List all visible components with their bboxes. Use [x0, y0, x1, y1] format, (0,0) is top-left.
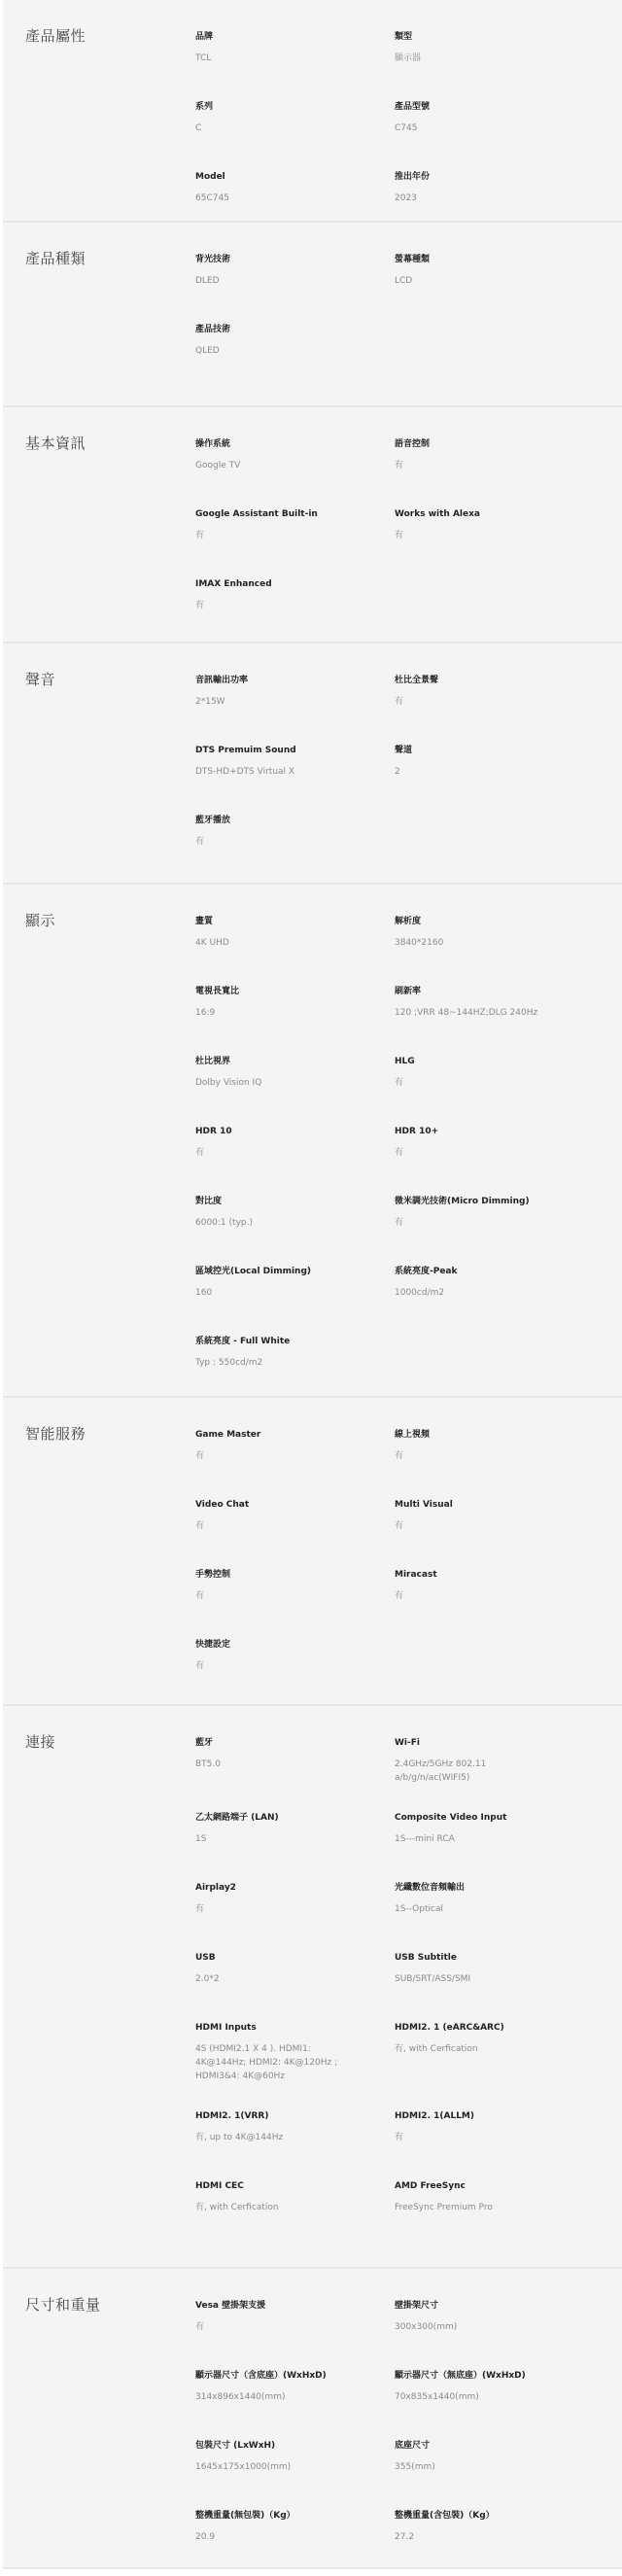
spec-value: 有, with Cerfication: [195, 2201, 341, 2214]
spec-value: 有: [395, 459, 540, 472]
spec-item: 系列C: [195, 97, 395, 167]
spec-value: Typ : 550cd/m2: [195, 1356, 341, 1370]
section-product-type: 產品種類 背光技術DLED 螢幕種類LCD 產品技術QLED: [3, 223, 622, 407]
spec-label: Video Chat: [195, 1498, 395, 1512]
spec-value: 有: [395, 1146, 540, 1160]
spec-label: 藍牙: [195, 1736, 395, 1750]
spec-label: 杜比全景聲: [395, 674, 604, 687]
spec-label: 手勢控制: [195, 1568, 395, 1582]
spec-grid: Game Master有 線上視頻有 Video Chat有 Multi Vis…: [195, 1425, 604, 1704]
spec-item: 整機重量(含包裝)（Kg）27.2: [395, 2506, 604, 2576]
spec-label: HDMI2. 1(ALLM): [395, 2109, 604, 2123]
spec-label: HDR 10: [195, 1125, 395, 1138]
spec-value: 有: [195, 1146, 341, 1160]
spec-item: 對比度6000:1 (typ.): [195, 1192, 395, 1262]
spec-grid: Vesa 壁掛架支援有 壁掛架尺寸300x300(mm) 顯示器尺寸（含底座）(…: [195, 2296, 604, 2567]
spec-value: 有: [195, 835, 341, 849]
spec-label: 品牌: [195, 30, 395, 44]
spec-label: Works with Alexa: [395, 507, 604, 521]
spec-value: 有: [395, 1589, 540, 1603]
spec-label: 刷新率: [395, 985, 604, 998]
spec-label: DTS Premuim Sound: [195, 744, 395, 757]
spec-label: 聲道: [395, 744, 604, 757]
spec-value: 顯示器: [395, 52, 540, 65]
spec-value: 有: [195, 1519, 341, 1533]
spec-item: 杜比視界Dolby Vision IQ: [195, 1052, 395, 1122]
spec-label: 整機重量(含包裝)（Kg）: [395, 2509, 604, 2523]
spec-item: USB2.0*2: [195, 1948, 395, 2018]
spec-label: Composite Video Input: [395, 1811, 604, 1825]
spec-value: 有: [395, 695, 540, 709]
spec-value: 70x835x1440(mm): [395, 2390, 540, 2404]
section-title: 連接: [3, 1733, 195, 2267]
spec-value: 有: [195, 1449, 341, 1463]
spec-item: 區域控光(Local Dimming)160: [195, 1262, 395, 1332]
section-basic-info: 基本資訊 操作系統Google TV 語音控制有 Google Assistan…: [3, 407, 622, 644]
spec-grid: 品牌TCL 類型顯示器 系列C 產品型號C745 Model65C745 推出年…: [195, 27, 604, 221]
spec-label: 類型: [395, 30, 604, 44]
spec-item: 壁掛架尺寸300x300(mm): [395, 2296, 604, 2366]
spec-value: 65C745: [195, 191, 341, 205]
spec-item: HDMI2. 1(ALLM)有: [395, 2106, 604, 2176]
spec-grid: 背光技術DLED 螢幕種類LCD 產品技術QLED: [195, 250, 604, 405]
spec-item: 電視長寬比16:9: [195, 982, 395, 1052]
spec-item: HDMI Inputs4S (HDMI2.1 X 4 ). HDMI1: 4K@…: [195, 2018, 395, 2106]
spec-value: FreeSync Premium Pro: [395, 2201, 540, 2214]
spec-label: Multi Visual: [395, 1498, 604, 1512]
spec-item: 背光技術DLED: [195, 250, 395, 320]
spec-label: 區域控光(Local Dimming): [195, 1265, 395, 1278]
spec-item: Google Assistant Built-in有: [195, 505, 395, 574]
spec-value: LCD: [395, 274, 540, 288]
spec-item: HDMI CEC有, with Cerfication: [195, 2176, 395, 2246]
spec-value: DTS-HD+DTS Virtual X: [195, 765, 341, 779]
spec-label: 產品技術: [195, 323, 395, 336]
section-audio: 聲音 音訊輸出功率2*15W 杜比全景聲有 DTS Premuim SoundD…: [3, 644, 622, 885]
spec-item: HDMI2. 1 (eARC&ARC)有, with Cerfication: [395, 2018, 604, 2106]
spec-item: Vesa 壁掛架支援有: [195, 2296, 395, 2366]
spec-item: HDMI2. 1(VRR)有, up to 4K@144Hz: [195, 2106, 395, 2176]
spec-item: 底座尺寸355(mm): [395, 2436, 604, 2506]
spec-label: 顯示器尺寸（含底座）(WxHxD): [195, 2369, 395, 2383]
section-smart-services: 智能服務 Game Master有 線上視頻有 Video Chat有 Mult…: [3, 1398, 622, 1706]
spec-value: C745: [395, 122, 540, 135]
spec-item: Game Master有: [195, 1425, 395, 1495]
spec-value: 有: [395, 2131, 540, 2144]
spec-page: 產品屬性 品牌TCL 類型顯示器 系列C 產品型號C745 Model65C74…: [3, 0, 622, 2569]
spec-item: Composite Video Input1S---mini RCA: [395, 1808, 604, 1878]
spec-label: 操作系統: [195, 437, 395, 451]
spec-label: 包裝尺寸 (LxWxH): [195, 2439, 395, 2453]
spec-label: 螢幕種類: [395, 253, 604, 266]
spec-value: 有, up to 4K@144Hz: [195, 2131, 341, 2144]
spec-label: 產品型號: [395, 100, 604, 114]
spec-value: 160: [195, 1286, 341, 1300]
spec-label: Miracast: [395, 1568, 604, 1582]
spec-item: 系統亮度-Peak1000cd/m2: [395, 1262, 604, 1332]
spec-value: Dolby Vision IQ: [195, 1076, 341, 1090]
spec-item: 微米調光技術(Micro Dimming)有: [395, 1192, 604, 1262]
spec-item: 產品型號C745: [395, 97, 604, 167]
section-dimensions-weight: 尺寸和重量 Vesa 壁掛架支援有 壁掛架尺寸300x300(mm) 顯示器尺寸…: [3, 2269, 622, 2569]
spec-item: AMD FreeSyncFreeSync Premium Pro: [395, 2176, 604, 2246]
spec-label: 系統亮度 - Full White: [195, 1335, 395, 1348]
spec-item: 包裝尺寸 (LxWxH)1645x175x1000(mm): [195, 2436, 395, 2506]
spec-item: HDR 10+有: [395, 1122, 604, 1192]
spec-label: 微米調光技術(Micro Dimming): [395, 1195, 604, 1208]
spec-label: Vesa 壁掛架支援: [195, 2299, 395, 2313]
spec-item: Miracast有: [395, 1565, 604, 1635]
spec-label: Game Master: [195, 1428, 395, 1442]
section-product-attributes: 產品屬性 品牌TCL 類型顯示器 系列C 產品型號C745 Model65C74…: [3, 0, 622, 223]
spec-value: 16:9: [195, 1006, 341, 1020]
spec-value: 355(mm): [395, 2460, 540, 2474]
spec-label: 電視長寬比: [195, 985, 395, 998]
spec-value: 1S: [195, 1832, 341, 1846]
spec-value: 有, with Cerfication: [395, 2042, 540, 2056]
spec-item: 光纖數位音頻輸出1S--Optical: [395, 1878, 604, 1948]
spec-value: 300x300(mm): [395, 2320, 540, 2334]
spec-label: AMD FreeSync: [395, 2179, 604, 2193]
spec-value: 有: [395, 1449, 540, 1463]
spec-label: HDMI CEC: [195, 2179, 395, 2193]
section-title: 顯示: [3, 912, 195, 1396]
spec-label: USB: [195, 1951, 395, 1965]
spec-value: 2023: [395, 191, 540, 205]
spec-value: QLED: [195, 344, 341, 358]
spec-label: 整機重量(無包裝)（Kg）: [195, 2509, 395, 2523]
spec-label: 解析度: [395, 915, 604, 928]
section-title: 產品種類: [3, 250, 195, 405]
spec-value: 20.9: [195, 2530, 341, 2544]
spec-label: 語音控制: [395, 437, 604, 451]
spec-value: BT5.0: [195, 1758, 341, 1771]
spec-value: 27.2: [395, 2530, 540, 2544]
spec-item: 整機重量(無包裝)（Kg）20.9: [195, 2506, 395, 2576]
spec-value: 有: [195, 1589, 341, 1603]
spec-item: 線上視頻有: [395, 1425, 604, 1495]
spec-label: HDMI2. 1(VRR): [195, 2109, 395, 2123]
section-title: 尺寸和重量: [3, 2296, 195, 2567]
spec-value: 3840*2160: [395, 936, 540, 950]
spec-grid: 操作系統Google TV 語音控制有 Google Assistant Bui…: [195, 435, 604, 642]
spec-item: 快捷設定有: [195, 1635, 395, 1705]
spec-item: USB SubtitleSUB/SRT/ASS/SMI: [395, 1948, 604, 2018]
spec-value: 2.4GHz/5GHz 802.11 a/b/g/n/ac(WIFI5): [395, 1758, 492, 1785]
spec-label: 對比度: [195, 1195, 395, 1208]
spec-item: 語音控制有: [395, 435, 604, 505]
spec-label: 背光技術: [195, 253, 395, 266]
spec-value: 314x896x1440(mm): [195, 2390, 341, 2404]
spec-value: 1S--Optical: [395, 1902, 540, 1916]
spec-label: 系列: [195, 100, 395, 114]
spec-value: 1645x175x1000(mm): [195, 2460, 341, 2474]
spec-item: 操作系統Google TV: [195, 435, 395, 505]
spec-label: Google Assistant Built-in: [195, 507, 395, 521]
spec-label: USB Subtitle: [395, 1951, 604, 1965]
spec-value: 有: [395, 1519, 540, 1533]
spec-value: 1S---mini RCA: [395, 1832, 540, 1846]
spec-item: HLG有: [395, 1052, 604, 1122]
spec-item: 藍牙BT5.0: [195, 1733, 395, 1808]
spec-item: 品牌TCL: [195, 27, 395, 97]
spec-value: 有: [395, 529, 540, 542]
spec-item: IMAX Enhanced有: [195, 574, 395, 644]
spec-item: 顯示器尺寸（無底座）(WxHxD)70x835x1440(mm): [395, 2366, 604, 2436]
spec-item: Video Chat有: [195, 1495, 395, 1565]
spec-label: 畫質: [195, 915, 395, 928]
spec-item: 畫質4K UHD: [195, 912, 395, 982]
spec-item: HDR 10有: [195, 1122, 395, 1192]
spec-label: HDMI Inputs: [195, 2021, 395, 2035]
spec-label: Wi-Fi: [395, 1736, 604, 1750]
spec-value: 4S (HDMI2.1 X 4 ). HDMI1: 4K@144Hz; HDMI…: [195, 2042, 341, 2083]
spec-label: 系統亮度-Peak: [395, 1265, 604, 1278]
spec-item: Airplay2有: [195, 1878, 395, 1948]
spec-value: 有: [195, 2320, 341, 2334]
spec-label: 音訊輸出功率: [195, 674, 395, 687]
spec-value: 有: [395, 1076, 540, 1090]
spec-item: Works with Alexa有: [395, 505, 604, 574]
section-display: 顯示 畫質4K UHD 解析度3840*2160 電視長寬比16:9 刷新率12…: [3, 885, 622, 1398]
spec-label: 顯示器尺寸（無底座）(WxHxD): [395, 2369, 604, 2383]
spec-item: 解析度3840*2160: [395, 912, 604, 982]
section-title: 智能服務: [3, 1425, 195, 1704]
spec-item: 藍牙播放有: [195, 811, 395, 881]
spec-label: 壁掛架尺寸: [395, 2299, 604, 2313]
spec-value: 有: [195, 599, 341, 612]
spec-value: DLED: [195, 274, 341, 288]
section-title: 基本資訊: [3, 435, 195, 642]
spec-value: 有: [395, 1216, 540, 1230]
spec-label: HLG: [395, 1055, 604, 1068]
spec-label: 乙太網路端子 (LAN): [195, 1811, 395, 1825]
spec-item: 乙太網路端子 (LAN)1S: [195, 1808, 395, 1878]
spec-value: 120 ;VRR 48~144HZ;DLG 240Hz: [395, 1006, 604, 1020]
spec-label: Model: [195, 170, 395, 184]
spec-label: 快捷設定: [195, 1638, 395, 1652]
spec-label: Airplay2: [195, 1881, 395, 1895]
spec-item: Wi-Fi2.4GHz/5GHz 802.11 a/b/g/n/ac(WIFI5…: [395, 1733, 604, 1808]
spec-value: 有: [195, 529, 341, 542]
spec-label: 光纖數位音頻輸出: [395, 1881, 604, 1895]
spec-item: Multi Visual有: [395, 1495, 604, 1565]
spec-grid: 音訊輸出功率2*15W 杜比全景聲有 DTS Premuim SoundDTS-…: [195, 671, 604, 883]
spec-label: IMAX Enhanced: [195, 577, 395, 591]
spec-item: DTS Premuim SoundDTS-HD+DTS Virtual X: [195, 741, 395, 811]
spec-label: 藍牙播放: [195, 814, 395, 827]
section-connectivity: 連接 藍牙BT5.0 Wi-Fi2.4GHz/5GHz 802.11 a/b/g…: [3, 1706, 622, 2269]
spec-value: C: [195, 122, 341, 135]
spec-value: 1000cd/m2: [395, 1286, 540, 1300]
spec-label: 線上視頻: [395, 1428, 604, 1442]
spec-grid: 畫質4K UHD 解析度3840*2160 電視長寬比16:9 刷新率120 ;…: [195, 912, 604, 1396]
spec-label: HDMI2. 1 (eARC&ARC): [395, 2021, 604, 2035]
spec-label: 底座尺寸: [395, 2439, 604, 2453]
spec-value: 2.0*2: [195, 1972, 341, 1986]
spec-item: 手勢控制有: [195, 1565, 395, 1635]
spec-value: SUB/SRT/ASS/SMI: [395, 1972, 540, 1986]
spec-value: 有: [195, 1902, 341, 1916]
spec-item: 杜比全景聲有: [395, 671, 604, 741]
spec-value: 2*15W: [195, 695, 341, 709]
spec-value: TCL: [195, 52, 341, 65]
spec-value: 6000:1 (typ.): [195, 1216, 341, 1230]
spec-value: Google TV: [195, 459, 341, 472]
spec-label: HDR 10+: [395, 1125, 604, 1138]
spec-grid: 藍牙BT5.0 Wi-Fi2.4GHz/5GHz 802.11 a/b/g/n/…: [195, 1733, 604, 2267]
spec-item: 系統亮度 - Full WhiteTyp : 550cd/m2: [195, 1332, 395, 1402]
spec-item: 顯示器尺寸（含底座）(WxHxD)314x896x1440(mm): [195, 2366, 395, 2436]
spec-item: 類型顯示器: [395, 27, 604, 97]
spec-item: 聲道2: [395, 741, 604, 811]
section-title: 產品屬性: [3, 27, 195, 221]
spec-item: 螢幕種類LCD: [395, 250, 604, 320]
section-title: 聲音: [3, 671, 195, 883]
spec-item: 音訊輸出功率2*15W: [195, 671, 395, 741]
spec-label: 推出年份: [395, 170, 604, 184]
spec-item: 產品技術QLED: [195, 320, 395, 390]
spec-label: 杜比視界: [195, 1055, 395, 1068]
spec-value: 有: [195, 1659, 341, 1673]
spec-item: 刷新率120 ;VRR 48~144HZ;DLG 240Hz: [395, 982, 604, 1052]
spec-value: 2: [395, 765, 540, 779]
spec-value: 4K UHD: [195, 936, 341, 950]
